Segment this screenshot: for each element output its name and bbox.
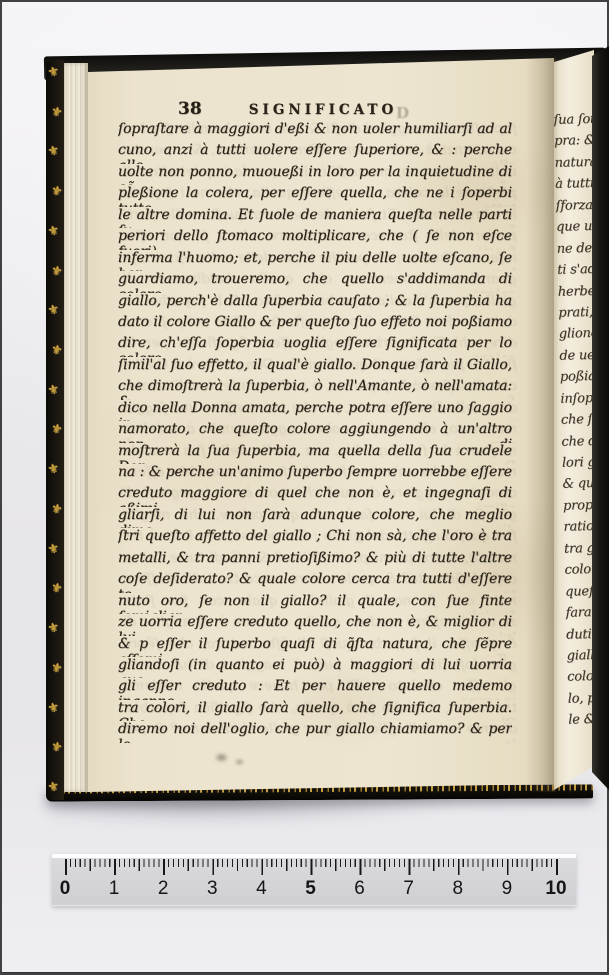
ruler-number: 4	[256, 878, 267, 900]
centimeter-ruler: 012345678910	[52, 854, 576, 906]
body-line: cuno, anzi à tutti uolere eſſere ſuperio…	[118, 142, 512, 163]
gilt-fleur-ornament: ⚜	[46, 383, 60, 398]
gilt-fleur-ornament: ⚜	[49, 661, 63, 676]
ruler-number: 7	[403, 878, 414, 900]
facing-fragment-line: proprio de	[563, 497, 594, 520]
facing-fragment-line: & queſto	[562, 476, 594, 499]
body-line: gli eſſer creduto : Et per hauere quello…	[118, 678, 512, 699]
facing-fragment-line: tra gli buon	[564, 540, 594, 563]
facing-fragment-line: ne detto gi	[557, 240, 594, 263]
facing-fragment-line: lo, perche	[568, 690, 594, 713]
body-line: na : & perche un'animo ſuperbo ſempre uo…	[118, 464, 512, 485]
gilt-fleur-ornament: ⚜	[49, 740, 63, 755]
body-line: che dimoſtrerà la ſuperbia, ò nell'Amant…	[118, 378, 512, 399]
facing-fragment-line: de uerdi be	[559, 347, 594, 370]
body-line: dico nella Donna amata, perche potra eſſ…	[118, 400, 512, 421]
body-line: ſimil'al ſuo effetto, il qual'è giallo. …	[118, 357, 512, 378]
body-line: moſtrerà la ſua ſuperbia, ma quella dell…	[118, 443, 512, 464]
gilt-fleur-ornament: ⚜	[46, 780, 60, 795]
ruler-number: 9	[502, 878, 513, 900]
gilt-fleur-ornament: ⚜	[46, 303, 60, 318]
facing-fragment-line: colore di q	[564, 561, 594, 584]
facing-fragment-line: herbette ca	[558, 283, 594, 306]
facing-fragment-line: lori gialli t	[562, 454, 594, 477]
body-line: dire, ch'eſſa ſoperbia uoglia eſſere ſig…	[118, 335, 512, 356]
body-line: pleßione la colera, per eſſere quella, c…	[118, 185, 512, 206]
facing-page: ſua ſottiglipra: & nonatura proà tutti g…	[554, 50, 594, 792]
body-line: inferma l'huomo; et, perche il piu delle…	[118, 250, 512, 271]
facing-fragment-line: ſua ſottigli	[554, 111, 594, 134]
gilt-fleur-ornament: ⚜	[49, 105, 63, 120]
facing-fragment-line: natura pro	[554, 154, 594, 177]
ruler-number: 8	[453, 878, 464, 900]
facing-fragment-line: farano, &	[565, 604, 594, 627]
gilt-fleur-ornament: ⚜	[49, 184, 63, 199]
facing-fragment-line: inſoperbiſc	[560, 390, 594, 413]
body-line: diremo noi dell'oglio, che pur giallo ch…	[118, 721, 512, 742]
body-line: giallo, perch'è dalla ſuperbia cauſato ;…	[118, 293, 512, 314]
gilt-fleur-ornament: ⚜	[49, 502, 63, 517]
ruler-number: 3	[207, 878, 218, 900]
body-line: le altre domina. Et ſuole de maniera que…	[118, 207, 512, 228]
gilt-fleur-ornament: ⚜	[46, 542, 60, 557]
ink-smudge	[234, 758, 245, 766]
body-line: tra colori, il giallo ſarà quello, che ſ…	[118, 700, 512, 721]
right-cover	[592, 46, 609, 790]
facing-fragment-line: pra: & no	[554, 133, 594, 156]
facing-fragment-line: prati, giall	[558, 304, 594, 327]
book-page: ſopraſtare à maggiori d'eßi & non uoler …	[88, 58, 554, 792]
body-text: ſopraſtare à maggiori d'eßi & non uoler …	[118, 121, 512, 743]
gutter-shadow	[526, 58, 556, 792]
body-line: periori dello ſtomaco moltiplicare, che …	[118, 228, 512, 249]
body-line: ſopraſtare à maggiori d'eßi & non uoler …	[118, 121, 512, 142]
facing-fragment-line: ti s'addima	[557, 261, 594, 284]
gilt-fleur-ornament: ⚜	[46, 144, 60, 159]
gilt-ornament-strip: ⚜⚜⚜⚜⚜⚜⚜⚜⚜⚜⚜⚜⚜⚜⚜⚜⚜⚜⚜	[46, 66, 64, 794]
fore-edge-page-stack	[64, 63, 88, 792]
ruler-numbers: 012345678910	[52, 854, 576, 906]
facing-fragment-line: gialli ſignif	[567, 647, 594, 670]
body-line: creduto maggiore di quel che non è, et i…	[118, 485, 512, 506]
gilt-fleur-ornament: ⚜	[49, 581, 63, 596]
left-cover-gilt-spine: ⚜⚜⚜⚜⚜⚜⚜⚜⚜⚜⚜⚜⚜⚜⚜⚜⚜⚜⚜	[46, 60, 64, 800]
running-header: SIGNIFICATO	[223, 102, 423, 118]
gilt-fleur-ornament: ⚜	[46, 224, 60, 239]
facing-page-text: ſua ſottiglipra: & nonatura proà tutti g…	[554, 111, 594, 734]
facing-fragment-line: colore, che	[567, 669, 594, 692]
body-line: nuto oro, ſe non il giallo? il quale, co…	[118, 593, 512, 614]
facing-fragment-line: à tutti gli	[555, 176, 594, 199]
gilt-fleur-ornament: ⚜	[46, 462, 60, 477]
body-line: metalli, & tra panni pretioſißimo? & più…	[118, 550, 512, 571]
ruler-number: 1	[109, 878, 120, 900]
gilt-fleur-ornament: ⚜	[49, 263, 63, 278]
body-line: dato il colore Giallo & per queſto ſuo e…	[118, 314, 512, 335]
body-line: ſtri queſto affetto del giallo ; Chi non…	[118, 528, 512, 549]
facing-fragment-line: ſforza di t	[556, 197, 594, 220]
ruler-number: 10	[545, 878, 566, 900]
body-line: namorato, che queſto colore aggiungendo …	[118, 421, 512, 442]
gilt-fleur-ornament: ⚜	[46, 65, 60, 80]
body-line: & p eſſer il ſuperbo quaſi di q̃ſta natu…	[118, 636, 512, 657]
body-line: gliandoſi (in quanto ei può) à maggiori …	[118, 657, 512, 678]
ruler-number: 2	[158, 878, 169, 900]
gilt-fleur-ornament: ⚜	[49, 422, 63, 437]
ruler-number: 0	[60, 878, 71, 900]
facing-fragment-line: che ſon gia	[561, 411, 594, 434]
body-line: gliarſi, di lui non ſarà adunque colore,…	[118, 507, 512, 528]
facing-fragment-line: gliono da r	[559, 326, 594, 349]
body-line: uolte non ponno, muoueßi in loro per la …	[118, 164, 512, 185]
book-photograph: ⚜⚜⚜⚜⚜⚜⚜⚜⚜⚜⚜⚜⚜⚜⚜⚜⚜⚜⚜ ſopraſtare à maggior…	[0, 0, 609, 975]
facing-fragment-line: duti oro, d	[566, 626, 594, 649]
ruler-number: 6	[354, 878, 365, 900]
facing-fragment-line: queſto farà	[565, 583, 594, 606]
ink-smudge	[214, 752, 229, 763]
gilt-fleur-ornament: ⚜	[49, 343, 63, 358]
facing-fragment-line: che dimoſtr	[561, 433, 594, 456]
ruler-number: 5	[305, 878, 316, 900]
body-line: ze uorria eſſere creduto quello, che non…	[118, 614, 512, 635]
facing-fragment-line: le & roſſo	[568, 711, 594, 734]
page-number: 38	[178, 99, 202, 119]
body-line: guardiamo, troueremo, che quello s'addim…	[118, 271, 512, 292]
body-line: coſe deſiderato? & quale colore cerca tr…	[118, 571, 512, 592]
facing-fragment-line: que un'ani	[556, 219, 594, 242]
gilt-fleur-ornament: ⚜	[46, 700, 60, 715]
facing-fragment-line: rationi cer	[563, 519, 594, 542]
gilt-fleur-ornament: ⚜	[46, 621, 60, 636]
header-ghost-letter: D	[396, 104, 409, 122]
facing-fragment-line: poßiamo a	[560, 369, 594, 392]
